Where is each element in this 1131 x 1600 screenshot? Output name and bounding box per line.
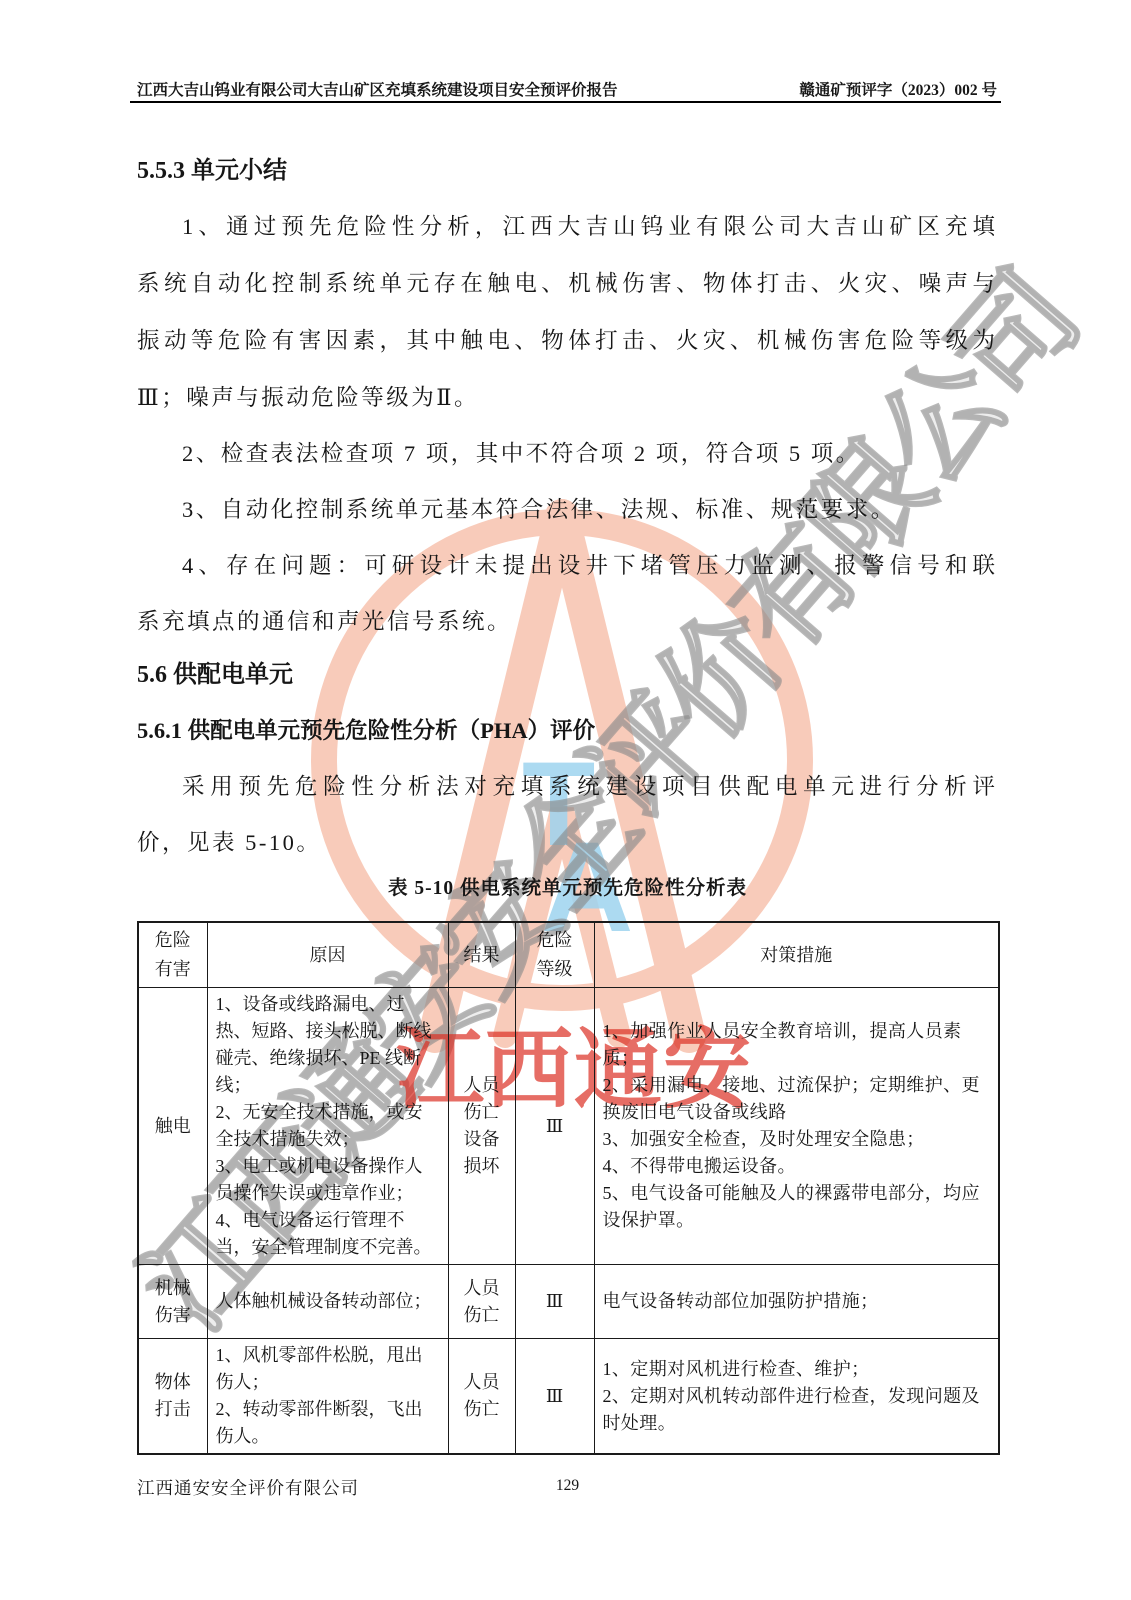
footer-page-number: 129	[137, 1477, 998, 1495]
result-cell: 人员 伤亡	[448, 1339, 515, 1455]
header-divider	[130, 101, 1001, 103]
header-document-number: 赣通矿预评字（2023）002 号	[799, 78, 997, 100]
section-heading-5-5-3: 5.5.3 单元小结	[137, 150, 287, 185]
paragraph1-line1: 1、通过预先危险性分析，江西大吉山钨业有限公司大吉山矿区充填	[137, 212, 995, 242]
level-cell: Ⅲ	[515, 1339, 594, 1455]
paragraph3: 3、自动化控制系统单元基本符合法律、法规、标准、规范要求。	[137, 495, 995, 525]
cause-cell: 1、设备或线路漏电、过热、短路、接头松脱、断线碰壳、绝缘损坏、PE 线断线； 2…	[207, 988, 448, 1265]
table-caption: 表 5-10 供电系统单元预先危险性分析表	[137, 872, 998, 900]
header-cell-level: 危险 等级	[515, 922, 594, 988]
section-heading-5-6-1: 5.6.1 供配电单元预先危险性分析（PHA）评价	[137, 713, 595, 745]
paragraph1-line2: 系统自动化控制系统单元存在触电、机械伤害、物体打击、火灾、噪声与	[137, 269, 995, 299]
document-page: T A 江西通安安全评价有限公司 江西通安 江西大吉山钨业有限公司大吉山矿区充填…	[0, 0, 1131, 1600]
measures-cell: 电气设备转动部位加强防护措施；	[594, 1265, 999, 1339]
paragraph4-line1: 4、存在问题：可研设计未提出设井下堵管压力监测、报警信号和联	[137, 551, 995, 581]
cause-cell: 1、风机零部件松脱，甩出伤人； 2、转动零部件断裂，飞出伤人。	[207, 1339, 448, 1455]
table-header-row: 危险 有害 原因 结果 危险 等级 对策措施	[138, 922, 999, 988]
measures-cell: 1、定期对风机进行检查、维护； 2、定期对风机转动部件进行检查，发现问题及时处理…	[594, 1339, 999, 1455]
result-cell: 人员 伤亡	[448, 1265, 515, 1339]
header-cell-hazard: 危险 有害	[138, 922, 207, 988]
header-report-title: 江西大吉山钨业有限公司大吉山矿区充填系统建设项目安全预评价报告	[137, 78, 618, 100]
table-row-electric-shock: 触电 1、设备或线路漏电、过热、短路、接头松脱、断线碰壳、绝缘损坏、PE 线断线…	[138, 988, 999, 1265]
paragraph5-line2: 价，见表 5-10。	[137, 828, 995, 858]
paragraph2: 2、检查表法检查项 7 项，其中不符合项 2 项，符合项 5 项。	[137, 439, 995, 469]
content-layer: 江西大吉山钨业有限公司大吉山矿区充填系统建设项目安全预评价报告 赣通矿预评字（2…	[0, 0, 1131, 1600]
cause-cell: 人体触机械设备转动部位；	[207, 1265, 448, 1339]
level-cell: Ⅲ	[515, 988, 594, 1265]
header-cell-result: 结果	[448, 922, 515, 988]
table-row-mechanical-injury: 机械 伤害 人体触机械设备转动部位； 人员 伤亡 Ⅲ 电气设备转动部位加强防护措…	[138, 1265, 999, 1339]
pha-analysis-table: 危险 有害 原因 结果 危险 等级 对策措施 触电 1、设备或线路漏电、过热、短…	[137, 921, 1000, 1455]
header-cell-measures: 对策措施	[594, 922, 999, 988]
hazard-cell: 物体 打击	[138, 1339, 207, 1455]
section-heading-5-6: 5.6 供配电单元	[137, 654, 293, 689]
header-cell-cause: 原因	[207, 922, 448, 988]
paragraph5-line1: 采用预先危险性分析法对充填系统建设项目供配电单元进行分析评	[137, 772, 995, 802]
table-row-object-strike: 物体 打击 1、风机零部件松脱，甩出伤人； 2、转动零部件断裂，飞出伤人。 人员…	[138, 1339, 999, 1455]
hazard-cell: 机械 伤害	[138, 1265, 207, 1339]
level-cell: Ⅲ	[515, 1265, 594, 1339]
paragraph1-line4: Ⅲ；噪声与振动危险等级为Ⅱ。	[137, 383, 995, 413]
paragraph4-line2: 系充填点的通信和声光信号系统。	[137, 607, 995, 637]
hazard-cell: 触电	[138, 988, 207, 1265]
measures-cell: 1、加强作业人员安全教育培训，提高人员素质； 2、采用漏电、接地、过流保护；定期…	[594, 988, 999, 1265]
paragraph1-line3: 振动等危险有害因素，其中触电、物体打击、火灾、机械伤害危险等级为	[137, 326, 995, 356]
result-cell: 人员 伤亡 设备 损坏	[448, 988, 515, 1265]
